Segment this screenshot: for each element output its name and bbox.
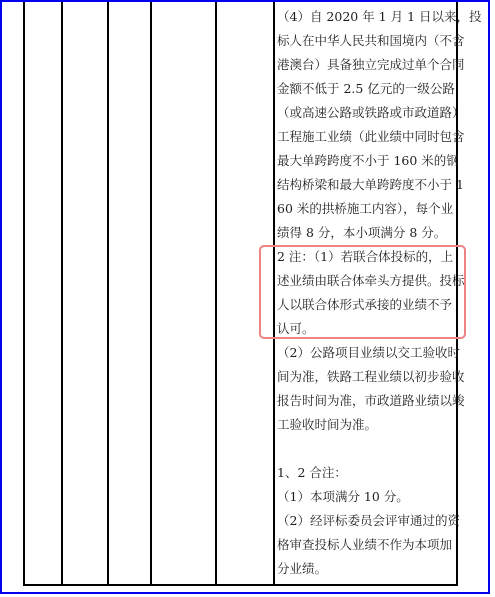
text-line: （2）经评标委员会评审通过的资 xyxy=(277,509,455,533)
text-line-blank xyxy=(277,437,455,461)
text-line-note-highlighted: 认可。 xyxy=(277,317,455,341)
text-line: （2）公路项目业绩以交工验收时 xyxy=(277,341,455,365)
table-left-border-line xyxy=(23,2,25,584)
text-line: 间为准，铁路工程业绩以初步验收 xyxy=(277,365,455,389)
table-column-line xyxy=(150,2,152,584)
table-column-line xyxy=(215,2,217,584)
text-line-note-highlighted: 述业绩由联合体牵头方提供。投标 xyxy=(277,269,455,293)
table-bottom-line xyxy=(23,584,458,586)
text-line: 工验收时间为准。 xyxy=(277,413,455,437)
table-column-line xyxy=(61,2,63,584)
text-line: 港澳台）具备独立完成过单个合同 xyxy=(277,53,455,77)
table-column-line xyxy=(273,2,275,584)
text-line-note-highlighted: 人以联合体形式承接的业绩不予 xyxy=(277,293,455,317)
text-line-note-highlighted: 2 注：（1）若联合体投标的，上 xyxy=(277,245,455,269)
text-line: 格审查投标人业绩不作为本项加 xyxy=(277,533,455,557)
table-column-line xyxy=(107,2,109,584)
scoring-criteria-cell: （4）自 2020 年 1 月 1 日以来，投 标人在中华人民共和国境内（不含 … xyxy=(277,5,455,581)
text-line: 最大单跨跨度不小于 160 米的钢 xyxy=(277,149,455,173)
text-line: 报告时间为准，市政道路业绩以竣 xyxy=(277,389,455,413)
table-right-border-line xyxy=(456,2,458,584)
text-line: 1、2 合注： xyxy=(277,461,455,485)
text-line: （4）自 2020 年 1 月 1 日以来，投 xyxy=(277,5,455,29)
text-line: 工程施工业绩（此业绩中同时包含 xyxy=(277,125,455,149)
text-line: 绩得 8 分，本小项满分 8 分。 xyxy=(277,221,455,245)
text-line: （1）本项满分 10 分。 xyxy=(277,485,455,509)
text-line: 金额不低于 2.5 亿元的一级公路 xyxy=(277,77,455,101)
text-line: 分业绩。 xyxy=(277,557,455,581)
document-page: （4）自 2020 年 1 月 1 日以来，投 标人在中华人民共和国境内（不含 … xyxy=(0,0,495,597)
text-line: 标人在中华人民共和国境内（不含 xyxy=(277,29,455,53)
text-line: 结构桥梁和最大单跨跨度不小于 1 xyxy=(277,173,455,197)
text-line: （或高速公路或铁路或市政道路） xyxy=(277,101,455,125)
text-line: 60 米的拱桥施工内容），每个业 xyxy=(277,197,455,221)
